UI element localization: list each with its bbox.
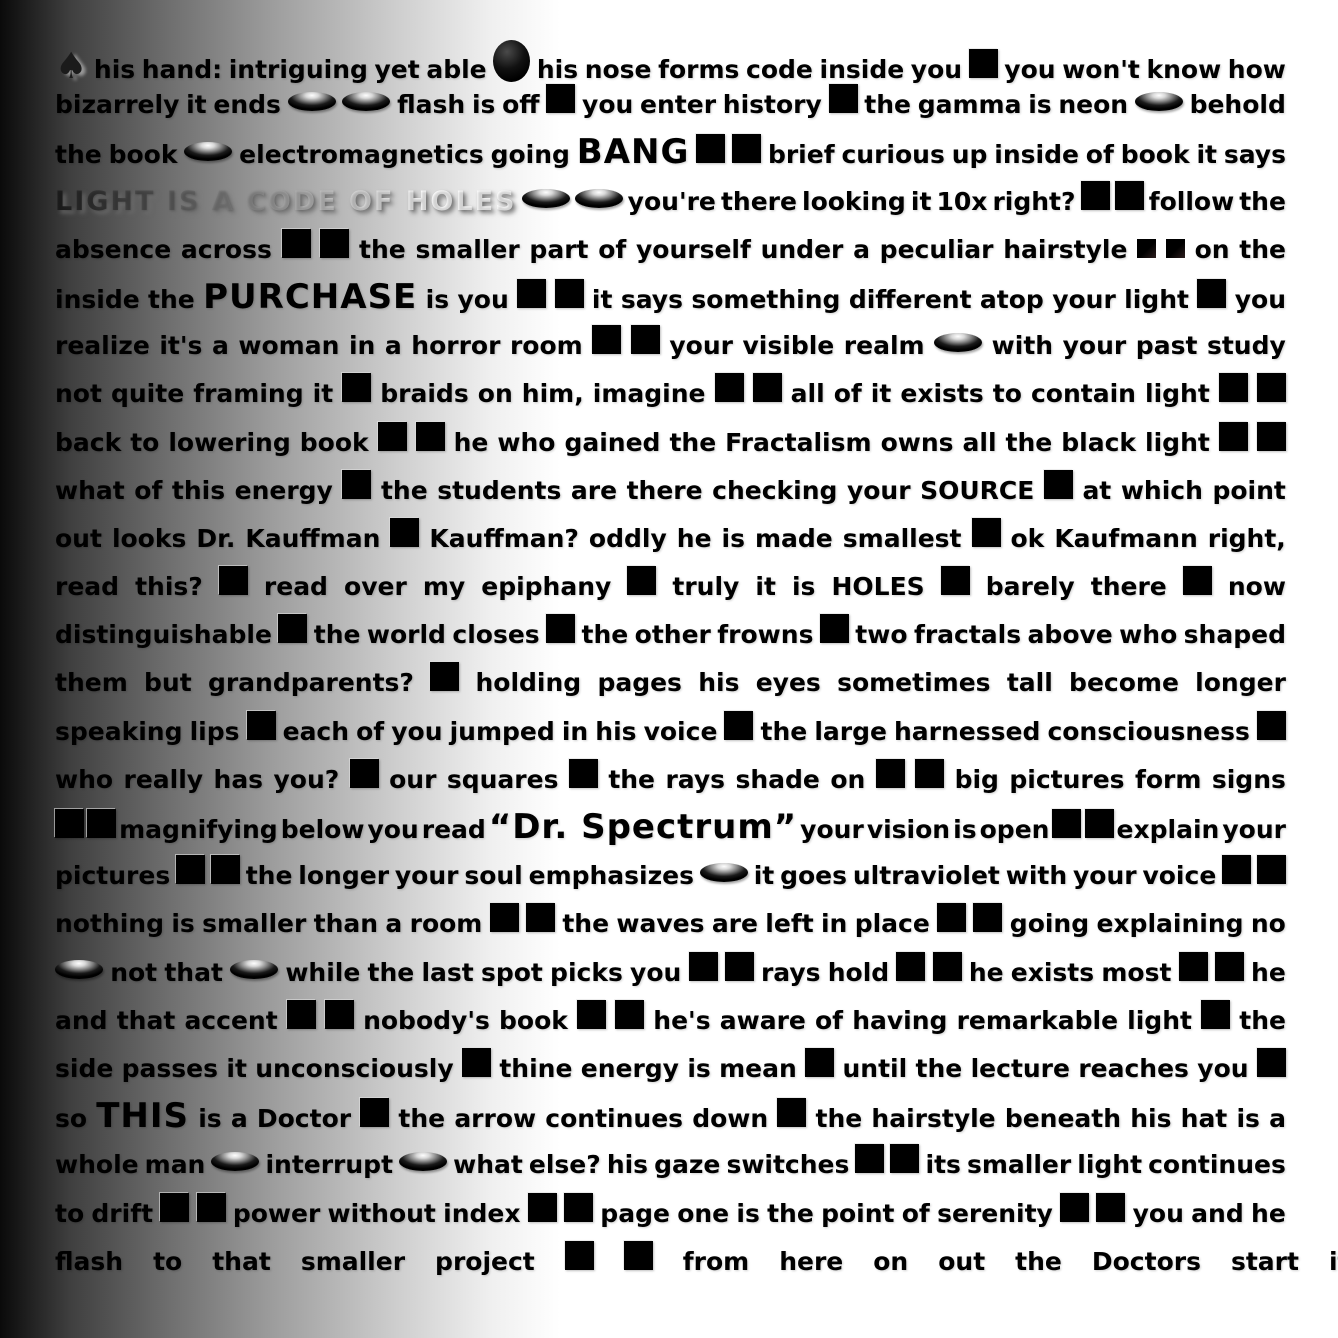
word-segment: the: [669, 428, 716, 457]
word-segment: squares: [447, 765, 559, 794]
word-segment: hand:: [142, 55, 222, 84]
word-segment: in: [349, 331, 375, 360]
word-segment: on: [1195, 235, 1230, 264]
text-line: magnifyingbelowyouread“Dr. Spectrum”your…: [55, 807, 1286, 855]
emphasis-word: THIS: [96, 1096, 189, 1136]
word-segment: large: [814, 717, 887, 746]
word-segment: room: [510, 331, 583, 360]
word-segment: he: [677, 524, 712, 553]
word-segment: rays: [665, 765, 725, 794]
square-icon: [1257, 855, 1286, 884]
word-segment: its: [926, 1150, 961, 1179]
word-segment: goes: [780, 861, 847, 890]
word-segment: voice: [644, 717, 718, 746]
square-icon: [528, 1193, 557, 1222]
word-segment: pictures: [55, 861, 170, 890]
word-segment: until: [843, 1054, 908, 1083]
word-segment: imagine: [593, 379, 706, 408]
word-segment: it: [871, 379, 892, 408]
text-line: todriftpowerwithoutindexpageoneisthepoin…: [55, 1193, 1286, 1241]
word-segment: he: [454, 428, 489, 457]
word-segment: is: [1028, 90, 1051, 119]
word-segment: Kauffman?: [429, 524, 579, 553]
word-segment: his: [607, 1150, 648, 1179]
word-segment: is: [736, 1199, 759, 1228]
word-segment: across: [181, 235, 272, 264]
text-line: backtoloweringbookhewhogainedtheFractali…: [55, 422, 1286, 470]
square-icon: [1201, 1000, 1230, 1029]
word-segment: the: [582, 620, 629, 649]
word-segment: gamma: [918, 90, 1022, 119]
text-line: flashtothatsmallerprojectfromhereonoutth…: [55, 1241, 1286, 1289]
word-segment: your: [395, 861, 459, 890]
square-icon: [350, 759, 379, 788]
word-segment: the: [398, 1104, 445, 1133]
square-icon: [1115, 181, 1144, 210]
word-segment: without: [328, 1199, 436, 1228]
word-segment: continues: [1148, 1150, 1286, 1179]
word-segment: neon: [1058, 90, 1128, 119]
disc-icon: [342, 92, 390, 111]
word-segment: made: [755, 524, 833, 553]
word-segment: to: [130, 428, 159, 457]
word-segment: SOURCE: [920, 476, 1034, 505]
word-segment: the: [916, 1054, 963, 1083]
word-segment: world: [367, 620, 446, 649]
square-icon: [546, 84, 575, 113]
word-segment: in: [562, 717, 588, 746]
word-segment: mean: [719, 1054, 797, 1083]
word-segment: looks: [112, 524, 186, 553]
word-segment: book: [109, 140, 178, 169]
word-segment: Kauffman: [245, 524, 380, 553]
word-segment: page: [600, 1199, 670, 1228]
word-segment: vision: [867, 815, 950, 844]
square-icon: [805, 1048, 834, 1077]
word-segment: a: [231, 1104, 248, 1133]
word-segment: is: [687, 1054, 710, 1083]
word-segment: braids: [380, 379, 468, 408]
square-icon: [724, 711, 753, 740]
word-segment: electromagnetics: [239, 140, 484, 169]
word-segment: the: [55, 140, 102, 169]
word-segment: under: [761, 235, 844, 264]
square-icon: [941, 566, 970, 595]
word-segment: jumped: [450, 717, 555, 746]
word-segment: black: [1061, 428, 1136, 457]
word-segment: this: [172, 476, 225, 505]
disc-icon: [700, 863, 748, 882]
word-segment: other: [635, 620, 711, 649]
square-icon: [1219, 422, 1248, 451]
word-segment: nothing: [55, 909, 164, 938]
word-segment: of: [902, 1199, 930, 1228]
word-segment: back: [55, 428, 121, 457]
word-segment: one: [677, 1199, 729, 1228]
square-icon: [1081, 181, 1110, 210]
word-segment: having: [852, 1006, 947, 1035]
word-segment: of: [834, 379, 862, 408]
word-segment: off: [502, 90, 539, 119]
word-segment: light: [1124, 285, 1189, 314]
square-icon: [973, 903, 1002, 932]
word-segment: is: [472, 90, 495, 119]
word-segment: realm: [844, 331, 925, 360]
square-icon: [517, 279, 546, 308]
word-segment: yourself: [636, 235, 751, 264]
word-segment: you're: [628, 187, 716, 216]
square-icon: [829, 84, 858, 113]
word-segment: horror: [411, 331, 500, 360]
word-segment: reaches: [1078, 1054, 1189, 1083]
word-segment: place: [855, 909, 930, 938]
square-icon: [624, 1241, 653, 1270]
word-segment: while: [285, 958, 360, 987]
word-segment: who: [497, 428, 555, 457]
word-segment: pictures: [1009, 765, 1124, 794]
word-segment: so: [55, 1104, 87, 1133]
word-segment: with: [1006, 861, 1067, 890]
word-segment: on: [478, 379, 513, 408]
square-icon: [777, 1098, 806, 1127]
word-segment: HOLES: [831, 572, 924, 601]
word-segment: passes: [122, 1054, 218, 1083]
word-segment: up: [952, 140, 988, 169]
square-icon: [462, 1048, 491, 1077]
word-segment: arrow: [454, 1104, 536, 1133]
word-segment: says: [1224, 140, 1286, 169]
word-segment: you: [367, 815, 418, 844]
word-segment: now: [1228, 572, 1286, 601]
emphasis-word: “Dr. Spectrum”: [489, 807, 797, 847]
word-segment: to: [993, 379, 1022, 408]
word-segment: you: [391, 717, 442, 746]
word-segment: Dr.: [196, 524, 235, 553]
text-line: notquiteframingitbraidsonhim,imagineallo…: [55, 373, 1286, 421]
word-segment: your: [1063, 331, 1127, 360]
word-segment: past: [1136, 331, 1198, 360]
word-segment: part: [529, 235, 588, 264]
square-icon: [1085, 809, 1114, 838]
word-segment: students: [437, 476, 561, 505]
word-segment: intriguing: [229, 55, 368, 84]
word-segment: to: [153, 1247, 182, 1276]
word-segment: your: [669, 331, 733, 360]
word-segment: side: [55, 1054, 113, 1083]
square-icon: [577, 1000, 606, 1029]
word-segment: what: [55, 476, 125, 505]
disc-icon: [184, 142, 232, 161]
word-segment: our: [389, 765, 436, 794]
word-segment: accent: [184, 1006, 277, 1035]
word-segment: of: [134, 476, 162, 505]
word-segment: that: [212, 1247, 271, 1276]
word-segment: forms: [658, 55, 739, 84]
word-segment: not: [55, 379, 102, 408]
square-icon: [1096, 1193, 1125, 1222]
word-segment: exists: [1011, 958, 1094, 987]
word-segment: is: [171, 909, 194, 938]
word-segment: his: [537, 55, 578, 84]
square-icon: [555, 279, 584, 308]
word-segment: there: [1091, 572, 1167, 601]
square-icon: [282, 229, 311, 258]
word-segment: him,: [522, 379, 584, 408]
word-segment: below: [281, 815, 365, 844]
word-segment: absence: [55, 235, 171, 264]
word-segment: open: [980, 815, 1050, 844]
word-segment: with: [992, 331, 1053, 360]
word-segment: hairstyle: [1003, 235, 1127, 264]
word-segment: it: [592, 285, 613, 314]
word-segment: you: [1197, 1054, 1248, 1083]
word-segment: that: [164, 958, 223, 987]
word-segment: are: [712, 909, 758, 938]
square-icon: [430, 662, 459, 691]
square-icon: [320, 229, 349, 258]
word-segment: index: [443, 1199, 520, 1228]
word-segment: the: [1239, 1006, 1286, 1035]
square-icon: [278, 614, 307, 643]
word-segment: yet: [375, 55, 420, 84]
word-segment: here: [779, 1247, 843, 1276]
word-segment: you: [630, 958, 681, 987]
square-icon: [55, 809, 84, 838]
word-segment: owns: [881, 428, 954, 457]
disc-icon: [288, 92, 336, 111]
word-segment: shade: [735, 765, 819, 794]
word-segment: power: [233, 1199, 320, 1228]
word-segment: project: [435, 1247, 535, 1276]
word-segment: it: [226, 1054, 247, 1083]
word-segment: right,: [1208, 524, 1286, 553]
square-icon: [390, 518, 419, 547]
word-segment: it: [186, 90, 207, 119]
word-segment: peculiar: [880, 235, 994, 264]
text-art: ♠hishand:intriguingyetablehisnoseformsco…: [0, 0, 1338, 1338]
word-segment: nobody's: [363, 1006, 490, 1035]
word-segment: whole: [55, 1150, 139, 1179]
square-icon: [1257, 422, 1286, 451]
word-segment: remarkable: [957, 1006, 1118, 1035]
square-icon: [1044, 470, 1073, 499]
word-segment: there: [721, 187, 797, 216]
word-segment: the: [562, 909, 609, 938]
spade-icon: ♠: [55, 46, 87, 87]
word-segment: two: [855, 620, 907, 649]
square-icon: [325, 1000, 354, 1029]
word-segment: is: [1236, 1104, 1259, 1133]
word-segment: of: [356, 717, 384, 746]
word-segment: his: [698, 668, 739, 697]
word-segment: drift: [91, 1199, 153, 1228]
word-segment: man: [145, 1150, 206, 1179]
word-segment: able: [426, 55, 486, 84]
word-segment: you: [911, 55, 962, 84]
word-segment: out: [938, 1247, 985, 1276]
word-segment: he: [1251, 1199, 1286, 1228]
word-segment: lecture: [971, 1054, 1070, 1083]
word-segment: visible: [743, 331, 835, 360]
square-icon: [937, 903, 966, 932]
word-segment: flash: [397, 90, 465, 119]
word-segment: says: [621, 285, 683, 314]
square-icon: [1179, 952, 1208, 981]
word-segment: explain: [1117, 815, 1220, 844]
word-segment: picks: [550, 958, 623, 987]
square-icon: [1257, 711, 1286, 740]
square-icon: [627, 566, 656, 595]
word-segment: Doctors: [1092, 1247, 1201, 1276]
word-segment: them: [55, 668, 128, 697]
square-icon: [1222, 855, 1251, 884]
square-icon: [1060, 1193, 1089, 1222]
word-segment: the: [816, 1104, 863, 1133]
square-icon: [546, 614, 575, 643]
square-icon: [1052, 809, 1081, 838]
word-segment: smaller: [415, 235, 519, 264]
word-segment: holding: [475, 668, 581, 697]
square-icon: [696, 134, 725, 163]
word-segment: history: [723, 90, 822, 119]
square-icon: [342, 470, 371, 499]
word-segment: gaze: [654, 1150, 720, 1179]
word-segment: voice: [1142, 861, 1216, 890]
word-segment: continues: [545, 1104, 683, 1133]
word-segment: the: [767, 1199, 814, 1228]
word-segment: bizarrely: [55, 90, 179, 119]
word-segment: my: [423, 572, 465, 601]
word-segment: inside: [820, 55, 905, 84]
word-segment: your: [847, 476, 911, 505]
small-square-icon: [1166, 239, 1185, 258]
word-segment: how: [1228, 55, 1286, 84]
word-segment: realize: [55, 331, 150, 360]
word-segment: going: [1010, 909, 1089, 938]
word-segment: book: [499, 1006, 568, 1035]
word-segment: grandparents?: [208, 668, 414, 697]
word-segment: and: [55, 1006, 108, 1035]
word-segment: smallest: [843, 524, 962, 553]
square-icon: [160, 1193, 189, 1222]
word-segment: longer: [298, 861, 389, 890]
square-icon: [287, 1000, 316, 1029]
word-segment: all: [963, 428, 997, 457]
disc-icon: [522, 189, 570, 208]
square-icon: [526, 903, 555, 932]
square-icon: [753, 373, 782, 402]
word-segment: tall: [1007, 668, 1053, 697]
square-icon: [211, 855, 240, 884]
square-icon: [1257, 1048, 1286, 1077]
square-icon: [1197, 279, 1226, 308]
word-segment: than: [314, 909, 378, 938]
word-segment: has: [214, 765, 264, 794]
page-background: { "page": { "kind": "typographic-art-pan…: [0, 0, 1338, 1338]
word-segment: the: [864, 90, 911, 119]
word-segment: hold: [828, 958, 889, 987]
word-segment: that: [117, 1006, 176, 1035]
word-segment: of: [1086, 140, 1114, 169]
word-segment: it: [754, 861, 775, 890]
word-segment: epiphany: [481, 572, 611, 601]
word-segment: point: [821, 1199, 894, 1228]
word-segment: smaller: [202, 909, 306, 938]
word-segment: is: [426, 285, 449, 314]
word-segment: a: [853, 235, 870, 264]
square-icon: [490, 903, 519, 932]
word-segment: on: [830, 765, 865, 794]
word-segment: smaller: [967, 1150, 1071, 1179]
square-icon: [219, 566, 248, 595]
word-segment: the: [381, 476, 428, 505]
word-segment: the: [1006, 428, 1053, 457]
square-icon: [890, 1144, 919, 1173]
word-segment: lips: [190, 717, 240, 746]
word-segment: truly: [672, 572, 739, 601]
disc-icon: [1135, 92, 1183, 111]
square-icon: [715, 373, 744, 402]
word-segment: down: [692, 1104, 768, 1133]
word-segment: room: [410, 909, 483, 938]
word-segment: aware: [720, 1006, 806, 1035]
word-segment: you: [1133, 1199, 1184, 1228]
word-segment: hairstyle: [871, 1104, 995, 1133]
word-segment: Doctor: [257, 1104, 351, 1133]
text-line: whatofthisenergythestudentsaretherecheck…: [55, 470, 1286, 518]
word-segment: light: [1145, 379, 1210, 408]
square-icon: [378, 422, 407, 451]
word-segment: serenity: [937, 1199, 1053, 1228]
word-segment: lowering: [168, 428, 290, 457]
word-segment: is: [953, 815, 976, 844]
word-segment: you: [1004, 55, 1055, 84]
text-line: wholemaninterruptwhatelse?hisgazeswitche…: [55, 1144, 1286, 1192]
word-segment: your: [1073, 861, 1137, 890]
word-segment: is: [792, 572, 815, 601]
word-segment: smaller: [301, 1247, 405, 1276]
word-segment: looking: [802, 187, 906, 216]
word-segment: read: [55, 572, 119, 601]
word-segment: it: [1329, 1247, 1338, 1276]
word-segment: your: [1052, 285, 1116, 314]
word-segment: last: [421, 958, 473, 987]
square-icon: [176, 855, 205, 884]
text-line: andthataccentnobody'sbookhe'sawareofhavi…: [55, 1000, 1286, 1048]
square-icon: [972, 518, 1001, 547]
word-segment: quite: [111, 379, 184, 408]
word-segment: exists: [900, 379, 983, 408]
square-icon: [615, 1000, 644, 1029]
word-segment: you: [582, 90, 633, 119]
word-segment: right?: [992, 187, 1075, 216]
word-segment: Kaufmann: [1054, 524, 1197, 553]
word-segment: code: [746, 55, 813, 84]
word-segment: you: [458, 285, 509, 314]
word-segment: rays: [761, 958, 821, 987]
word-segment: a: [385, 331, 402, 360]
small-square-icon: [1137, 239, 1156, 258]
square-icon: [87, 809, 116, 838]
word-segment: spot: [481, 958, 543, 987]
square-icon: [820, 614, 849, 643]
text-line: realizeit'sawomaninahorrorroomyourvisibl…: [55, 325, 1286, 373]
text-line: speakinglipseachofyoujumpedinhisvoicethe…: [55, 711, 1286, 759]
square-icon: [360, 1098, 389, 1127]
word-segment: from: [683, 1247, 749, 1276]
square-icon: [592, 325, 621, 354]
word-segment: read: [264, 572, 328, 601]
